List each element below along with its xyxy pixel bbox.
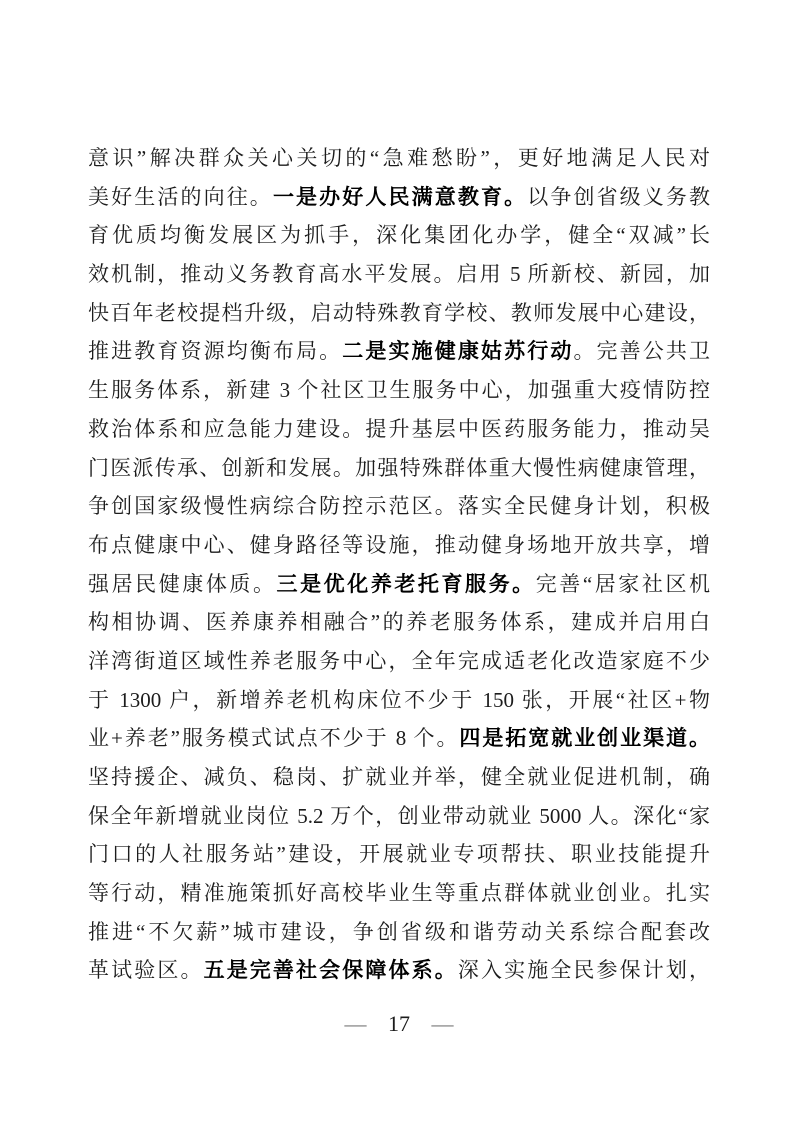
body-run: 洋湾街道区域性养老服务中心，全年完成适老化改造家庭不少 — [88, 649, 710, 673]
body-run: 完善“居家社区机 — [536, 572, 710, 596]
footer-dash-right: — — [432, 1011, 454, 1036]
body-run: 救治体系和应急能力建设。提升基层中医药服务能力，推动吴 — [88, 417, 710, 441]
text-line: 强居民健康体质。三是优化养老托育服务。完善“居家社区机 — [88, 565, 710, 604]
text-line: 争创国家级慢性病综合防控示范区。落实全民健身计划，积极 — [88, 487, 710, 526]
footer-dash-left: — — [345, 1011, 367, 1036]
body-run: 深入实施全民参保计划， — [458, 958, 710, 982]
text-line: 快百年老校提档升级，启动特殊教育学校、教师发展中心建设， — [88, 294, 710, 333]
bold-section-heading: 二是实施健康姑苏行动 — [342, 340, 573, 363]
body-run: 生服务体系，新建 3 个社区卫生服务中心，加强重大疫情防控 — [88, 378, 710, 402]
body-run: 以争创省级义务教 — [527, 185, 710, 209]
body-run: 于 1300 户，新增养老机构床位不少于 150 张，开展“社区+物 — [88, 688, 710, 712]
body-run: 布点健康中心、健身路径等设施，推动健身场地开放共享，增 — [88, 533, 710, 557]
text-line: 意识”解决群众关心关切的“急难愁盼”，更好地满足人民对 — [88, 139, 710, 178]
text-line: 等行动，精准施策抓好高校毕业生等重点群体就业创业。扎实 — [88, 874, 710, 913]
text-line: 于 1300 户，新增养老机构床位不少于 150 张，开展“社区+物 — [88, 681, 710, 720]
text-line: 构相协调、医养康养相融合”的养老服务体系，建成并启用白 — [88, 603, 710, 642]
body-run: 等行动，精准施策抓好高校毕业生等重点群体就业创业。扎实 — [88, 881, 710, 905]
text-line: 推进教育资源均衡布局。二是实施健康姑苏行动。完善公共卫 — [88, 332, 710, 371]
page-footer: — 17 — — [88, 1008, 710, 1040]
body-run: 门医派传承、创新和发展。加强特殊群体重大慢性病健康管理， — [88, 456, 710, 480]
footer-page-number: 17 — [388, 1011, 410, 1036]
body-run: 强居民健康体质。 — [88, 572, 277, 596]
body-run: 坚持援企、减负、稳岗、扩就业并举，健全就业促进机制，确 — [88, 765, 710, 789]
text-line: 推进“不欠薪”城市建设，争创省级和谐劳动关系综合配套改 — [88, 913, 710, 952]
body-run: 门口的人社服务站”建设，开展就业专项帮扶、职业技能提升 — [88, 842, 710, 866]
body-run: 效机制，推动义务教育高水平发展。启用 5 所新校、新园，加 — [88, 262, 710, 286]
body-run: 推进教育资源均衡布局。 — [88, 339, 342, 363]
text-line: 救治体系和应急能力建设。提升基层中医药服务能力，推动吴 — [88, 410, 710, 449]
text-line: 育优质均衡发展区为抓手，深化集团化办学，健全“双减”长 — [88, 216, 710, 255]
body-run: 。完善公共卫 — [573, 339, 710, 363]
body-text: 意识”解决群众关心关切的“急难愁盼”，更好地满足人民对美好生活的向往。一是办好人… — [88, 139, 710, 990]
text-line: 业+养老”服务模式试点不少于 8 个。四是拓宽就业创业渠道。 — [88, 719, 710, 758]
body-run: 革试验区。 — [88, 958, 204, 982]
body-run: 育优质均衡发展区为抓手，深化集团化办学，健全“双减”长 — [88, 223, 710, 247]
text-line: 门医派传承、创新和发展。加强特殊群体重大慢性病健康管理， — [88, 449, 710, 488]
body-run: 构相协调、医养康养相融合”的养老服务体系，建成并启用白 — [88, 610, 710, 634]
text-line: 洋湾街道区域性养老服务中心，全年完成适老化改造家庭不少 — [88, 642, 710, 681]
text-line: 保全年新增就业岗位 5.2 万个，创业带动就业 5000 人。深化“家 — [88, 797, 710, 836]
body-run: 业+养老”服务模式试点不少于 8 个。 — [88, 726, 459, 750]
bold-section-heading: 一是办好人民满意教育。 — [273, 186, 527, 209]
text-line: 美好生活的向往。一是办好人民满意教育。以争创省级义务教 — [88, 178, 710, 217]
body-run: 推进“不欠薪”城市建设，争创省级和谐劳动关系综合配套改 — [88, 920, 710, 944]
text-line: 生服务体系，新建 3 个社区卫生服务中心，加强重大疫情防控 — [88, 371, 710, 410]
text-line: 效机制，推动义务教育高水平发展。启用 5 所新校、新园，加 — [88, 255, 710, 294]
text-line: 坚持援企、减负、稳岗、扩就业并举，健全就业促进机制，确 — [88, 758, 710, 797]
text-line: 门口的人社服务站”建设，开展就业专项帮扶、职业技能提升 — [88, 835, 710, 874]
document-page: 意识”解决群众关心关切的“急难愁盼”，更好地满足人民对美好生活的向往。一是办好人… — [0, 0, 793, 1122]
body-run: 快百年老校提档升级，启动特殊教育学校、教师发展中心建设， — [88, 301, 710, 325]
bold-section-heading: 四是拓宽就业创业渠道。 — [459, 727, 710, 750]
bold-section-heading: 五是完善社会保障体系。 — [204, 959, 458, 982]
bold-section-heading: 三是优化养老托育服务。 — [277, 573, 536, 596]
text-line: 布点健康中心、健身路径等设施，推动健身场地开放共享，增 — [88, 526, 710, 565]
body-run: 保全年新增就业岗位 5.2 万个，创业带动就业 5000 人。深化“家 — [88, 804, 710, 828]
body-run: 意识”解决群众关心关切的“急难愁盼”，更好地满足人民对 — [88, 146, 710, 170]
text-line: 革试验区。五是完善社会保障体系。深入实施全民参保计划， — [88, 951, 710, 990]
body-run: 美好生活的向往。 — [88, 185, 273, 209]
body-run: 争创国家级慢性病综合防控示范区。落实全民健身计划，积极 — [88, 494, 710, 518]
